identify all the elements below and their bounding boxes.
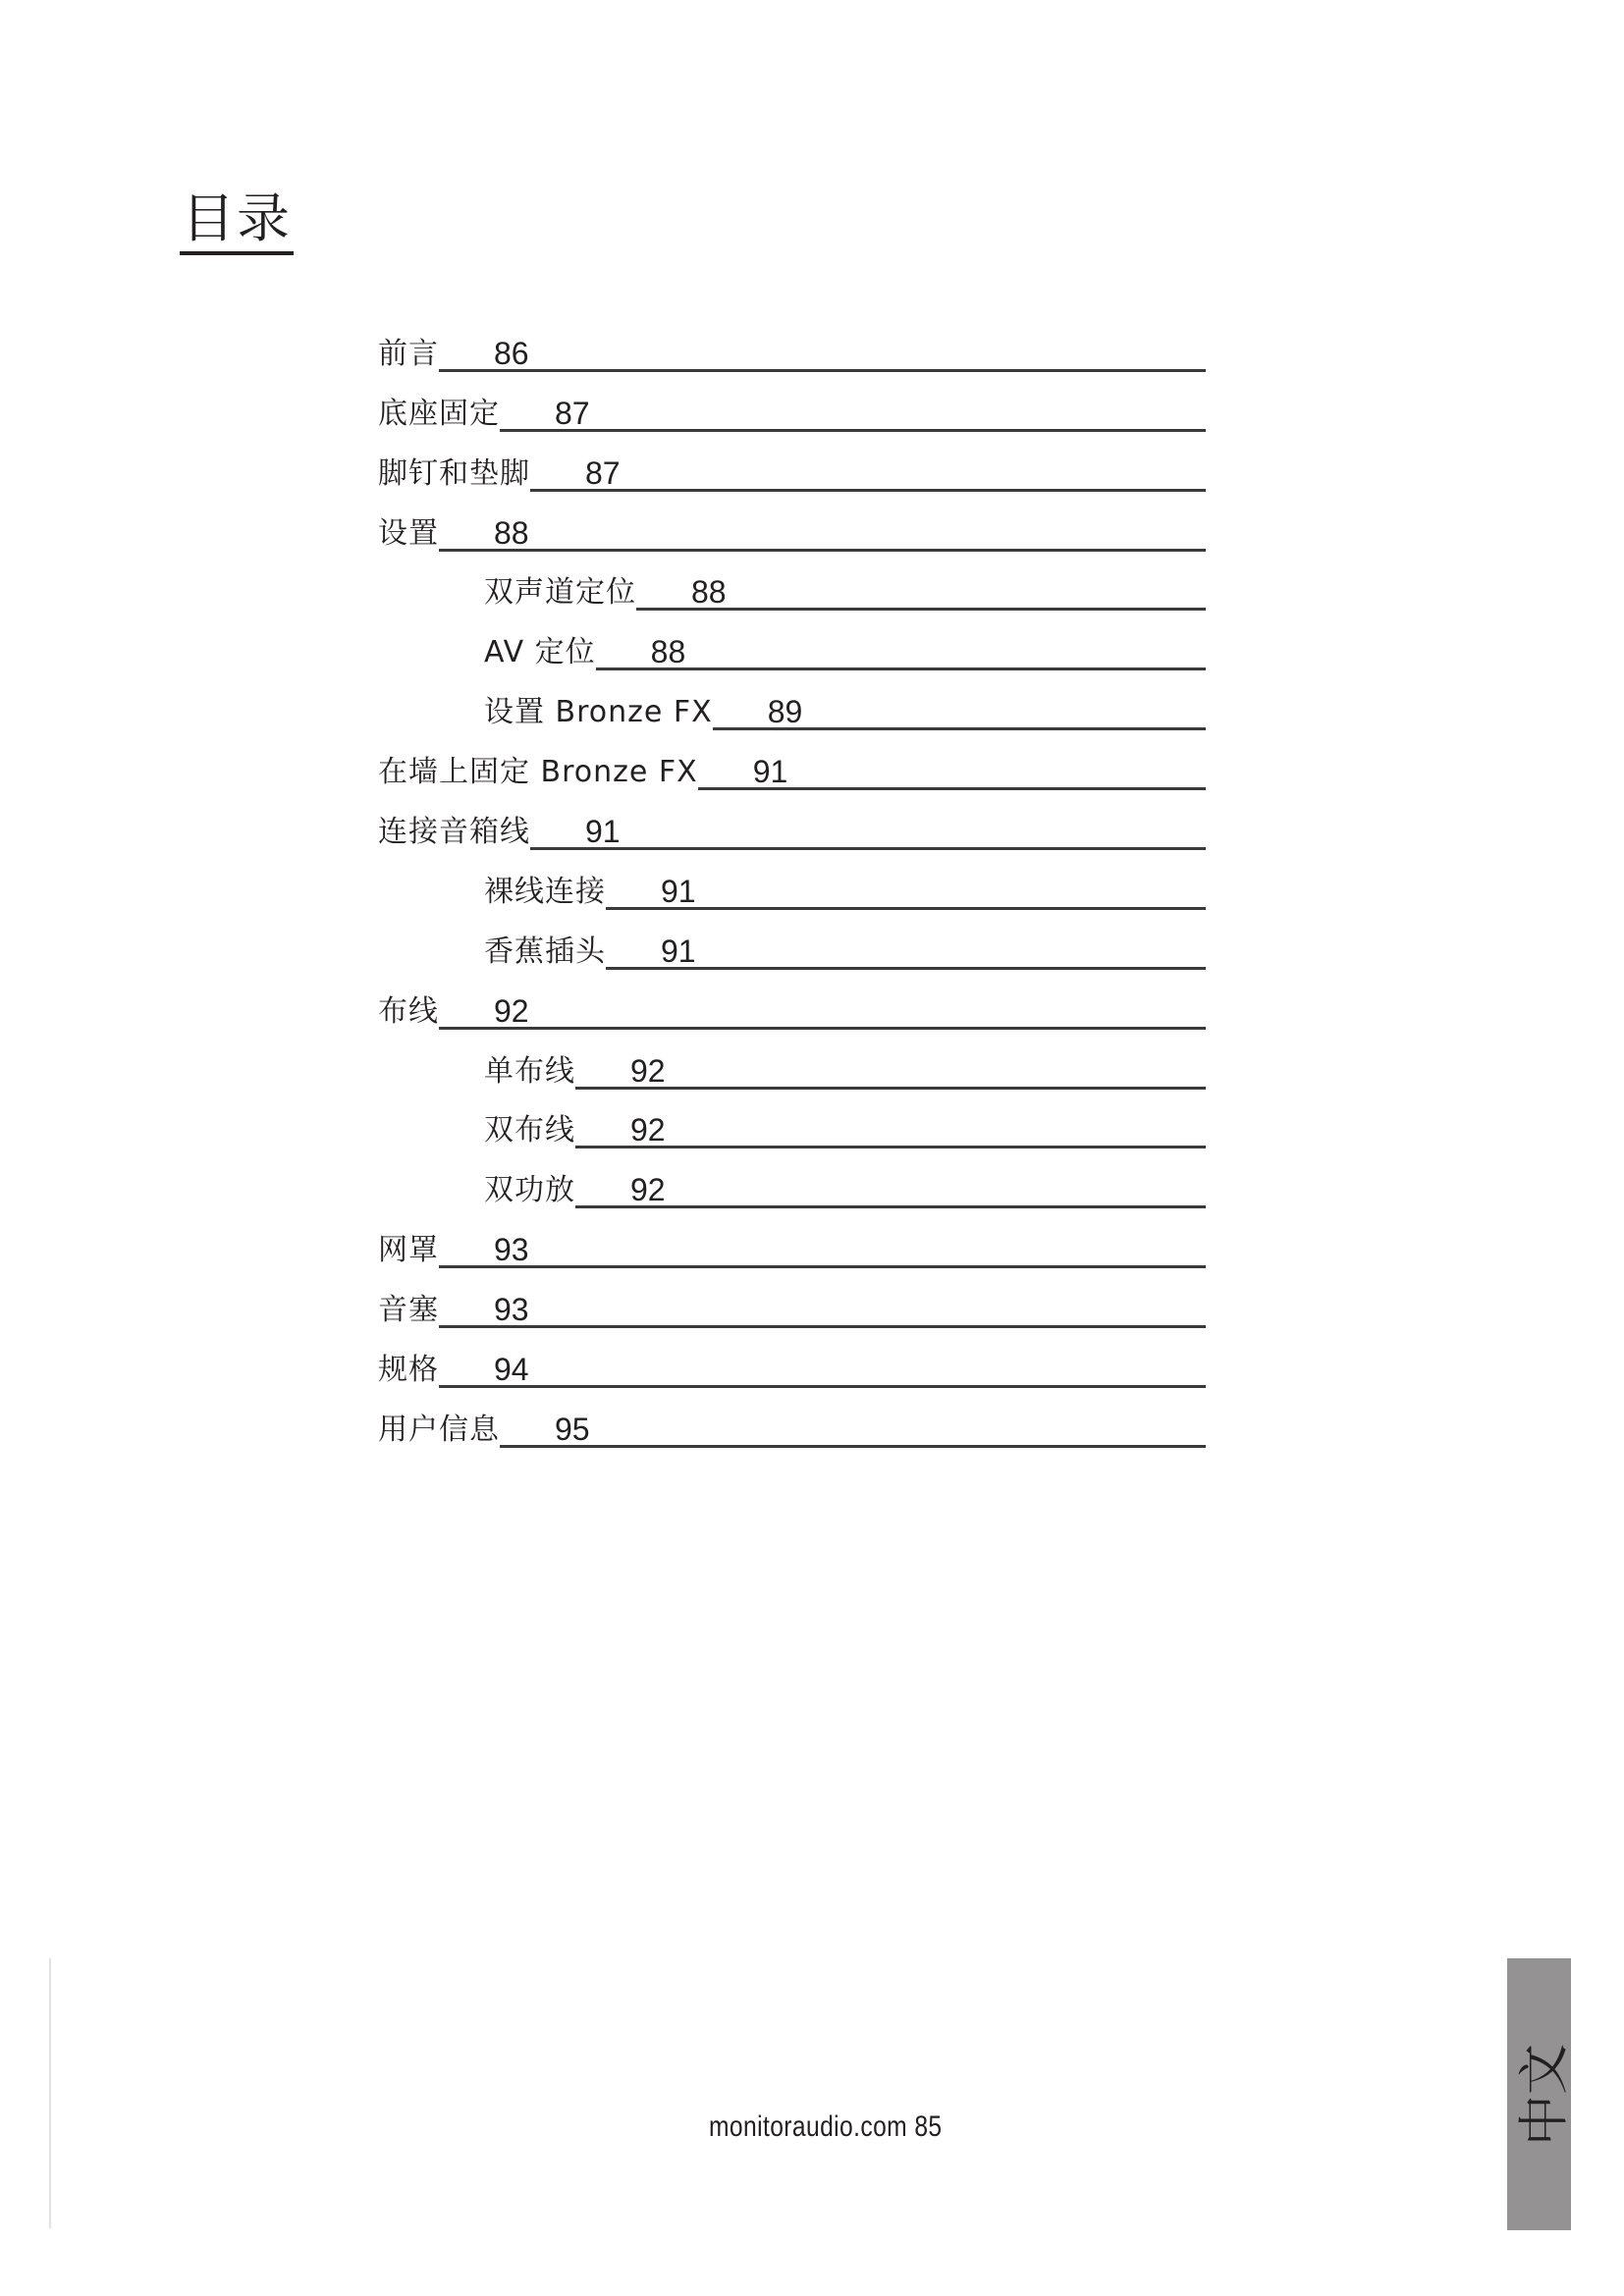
toc-entry-bare-wire[interactable]: 裸线连接91 [378, 850, 1206, 910]
toc-page-number: 95 [555, 1412, 590, 1447]
toc-leader-line: 87 [530, 454, 1206, 492]
toc-entry-av-positioning[interactable]: AV 定位88 [378, 611, 1206, 670]
toc-entry-setup[interactable]: 设置88 [378, 492, 1206, 552]
toc-entry-label: 网罩 [378, 1233, 439, 1268]
toc-entry-wall-mount-bronze-fx[interactable]: 在墙上固定 Bronze FX91 [378, 730, 1206, 790]
toc-leader-line: 91 [530, 812, 1206, 850]
toc-entry-label: 布线 [378, 994, 439, 1030]
toc-leader-line: 88 [636, 572, 1206, 611]
toc-entry-label: 音塞 [378, 1293, 439, 1328]
toc-entry-port-bungs[interactable]: 音塞93 [378, 1268, 1206, 1328]
toc-entry-stereo-positioning[interactable]: 双声道定位88 [378, 552, 1206, 612]
toc-page-number: 92 [630, 1053, 666, 1089]
toc-page-number: 93 [494, 1232, 529, 1267]
toc-entry-label: 脚钉和垫脚 [378, 456, 530, 492]
toc-leader-line: 92 [575, 1110, 1206, 1148]
toc-entry-bi-amping[interactable]: 双功放92 [378, 1148, 1206, 1208]
toc-entry-spikes-feet[interactable]: 脚钉和垫脚87 [378, 432, 1206, 492]
toc-page-number: 91 [661, 934, 696, 969]
language-tab: 中文 [1507, 1958, 1571, 2230]
toc-entry-label: AV 定位 [484, 635, 596, 670]
toc-leader-line: 86 [439, 334, 1206, 372]
toc-page-number: 88 [691, 574, 727, 610]
toc-leader-line: 89 [713, 692, 1206, 730]
toc-page-number: 92 [630, 1112, 666, 1148]
toc-entry-grilles[interactable]: 网罩93 [378, 1208, 1206, 1268]
toc-page-number: 88 [651, 634, 686, 669]
toc-entry-label: 用户信息 [378, 1413, 500, 1448]
toc-entry-speaker-cable[interactable]: 连接音箱线 91 [378, 790, 1206, 850]
toc-entry-single-wiring[interactable]: 单布线92 [378, 1030, 1206, 1090]
toc-entry-label: 前言 [378, 337, 439, 372]
page-footer: monitoraudio.com 85 [709, 2110, 943, 2144]
toc-entry-label: 双声道定位 [484, 575, 636, 611]
toc-entry-label: 在墙上固定 Bronze FX [378, 755, 698, 790]
toc-entry-label: 规格 [378, 1353, 439, 1388]
language-tab-label: 中文 [1502, 2043, 1576, 2145]
toc-leader-line: 88 [596, 632, 1206, 670]
toc-leader-line: 91 [606, 872, 1206, 910]
toc-entry-label: 连接音箱线 [378, 815, 530, 850]
toc-page-number: 88 [494, 515, 529, 551]
toc-leader-line: 92 [439, 991, 1206, 1030]
toc-page-number: 91 [661, 874, 696, 909]
toc-entry-bi-wiring[interactable]: 双布线92 [378, 1090, 1206, 1149]
toc-entry-label: 双布线 [484, 1113, 575, 1148]
page-margin-divider [49, 1958, 51, 2228]
toc-page-number: 91 [585, 814, 621, 849]
toc-page-number: 87 [585, 455, 621, 491]
toc-page-number: 87 [555, 396, 590, 431]
toc-entry-setup-bronze-fx[interactable]: 设置 Bronze FX89 [378, 670, 1206, 730]
toc-entry-specifications[interactable]: 规格94 [378, 1328, 1206, 1388]
toc-page-number: 92 [630, 1172, 666, 1207]
toc-leader-line: 91 [606, 932, 1206, 970]
toc-leader-line: 87 [500, 394, 1206, 432]
toc-page-number: 93 [494, 1292, 529, 1327]
toc-page-number: 94 [494, 1352, 529, 1387]
toc-entry-label: 设置 Bronze FX [484, 695, 713, 730]
page-title: 目录 [180, 188, 294, 255]
toc-entry-label: 裸线连接 [484, 875, 606, 910]
toc-page-number: 92 [494, 993, 529, 1029]
toc-entry-label: 设置 [378, 516, 439, 552]
toc-entry-foreword[interactable]: 前言86 [378, 312, 1206, 372]
table-of-contents: 前言86 底座固定87 脚钉和垫脚87 设置88 双声道定位88 AV 定位88… [378, 312, 1206, 1448]
toc-leader-line: 93 [439, 1230, 1206, 1268]
toc-leader-line: 92 [575, 1170, 1206, 1208]
toc-entry-label: 底座固定 [378, 397, 500, 432]
toc-leader-line: 95 [500, 1410, 1206, 1448]
toc-entry-stand-mounting[interactable]: 底座固定87 [378, 372, 1206, 432]
toc-entry-label: 双功放 [484, 1173, 575, 1208]
toc-leader-line: 91 [698, 752, 1206, 790]
toc-leader-line: 92 [575, 1051, 1206, 1090]
toc-page-number: 91 [753, 754, 788, 789]
toc-entry-banana-plugs[interactable]: 香蕉插头91 [378, 910, 1206, 970]
toc-entry-user-information[interactable]: 用户信息95 [378, 1388, 1206, 1448]
toc-leader-line: 93 [439, 1290, 1206, 1328]
toc-leader-line: 94 [439, 1350, 1206, 1388]
toc-entry-label: 香蕉插头 [484, 934, 606, 970]
toc-entry-label: 单布线 [484, 1054, 575, 1090]
toc-page-number: 89 [768, 694, 803, 729]
toc-leader-line: 88 [439, 513, 1206, 552]
toc-entry-wiring[interactable]: 布线92 [378, 970, 1206, 1030]
toc-page-number: 86 [494, 336, 529, 371]
